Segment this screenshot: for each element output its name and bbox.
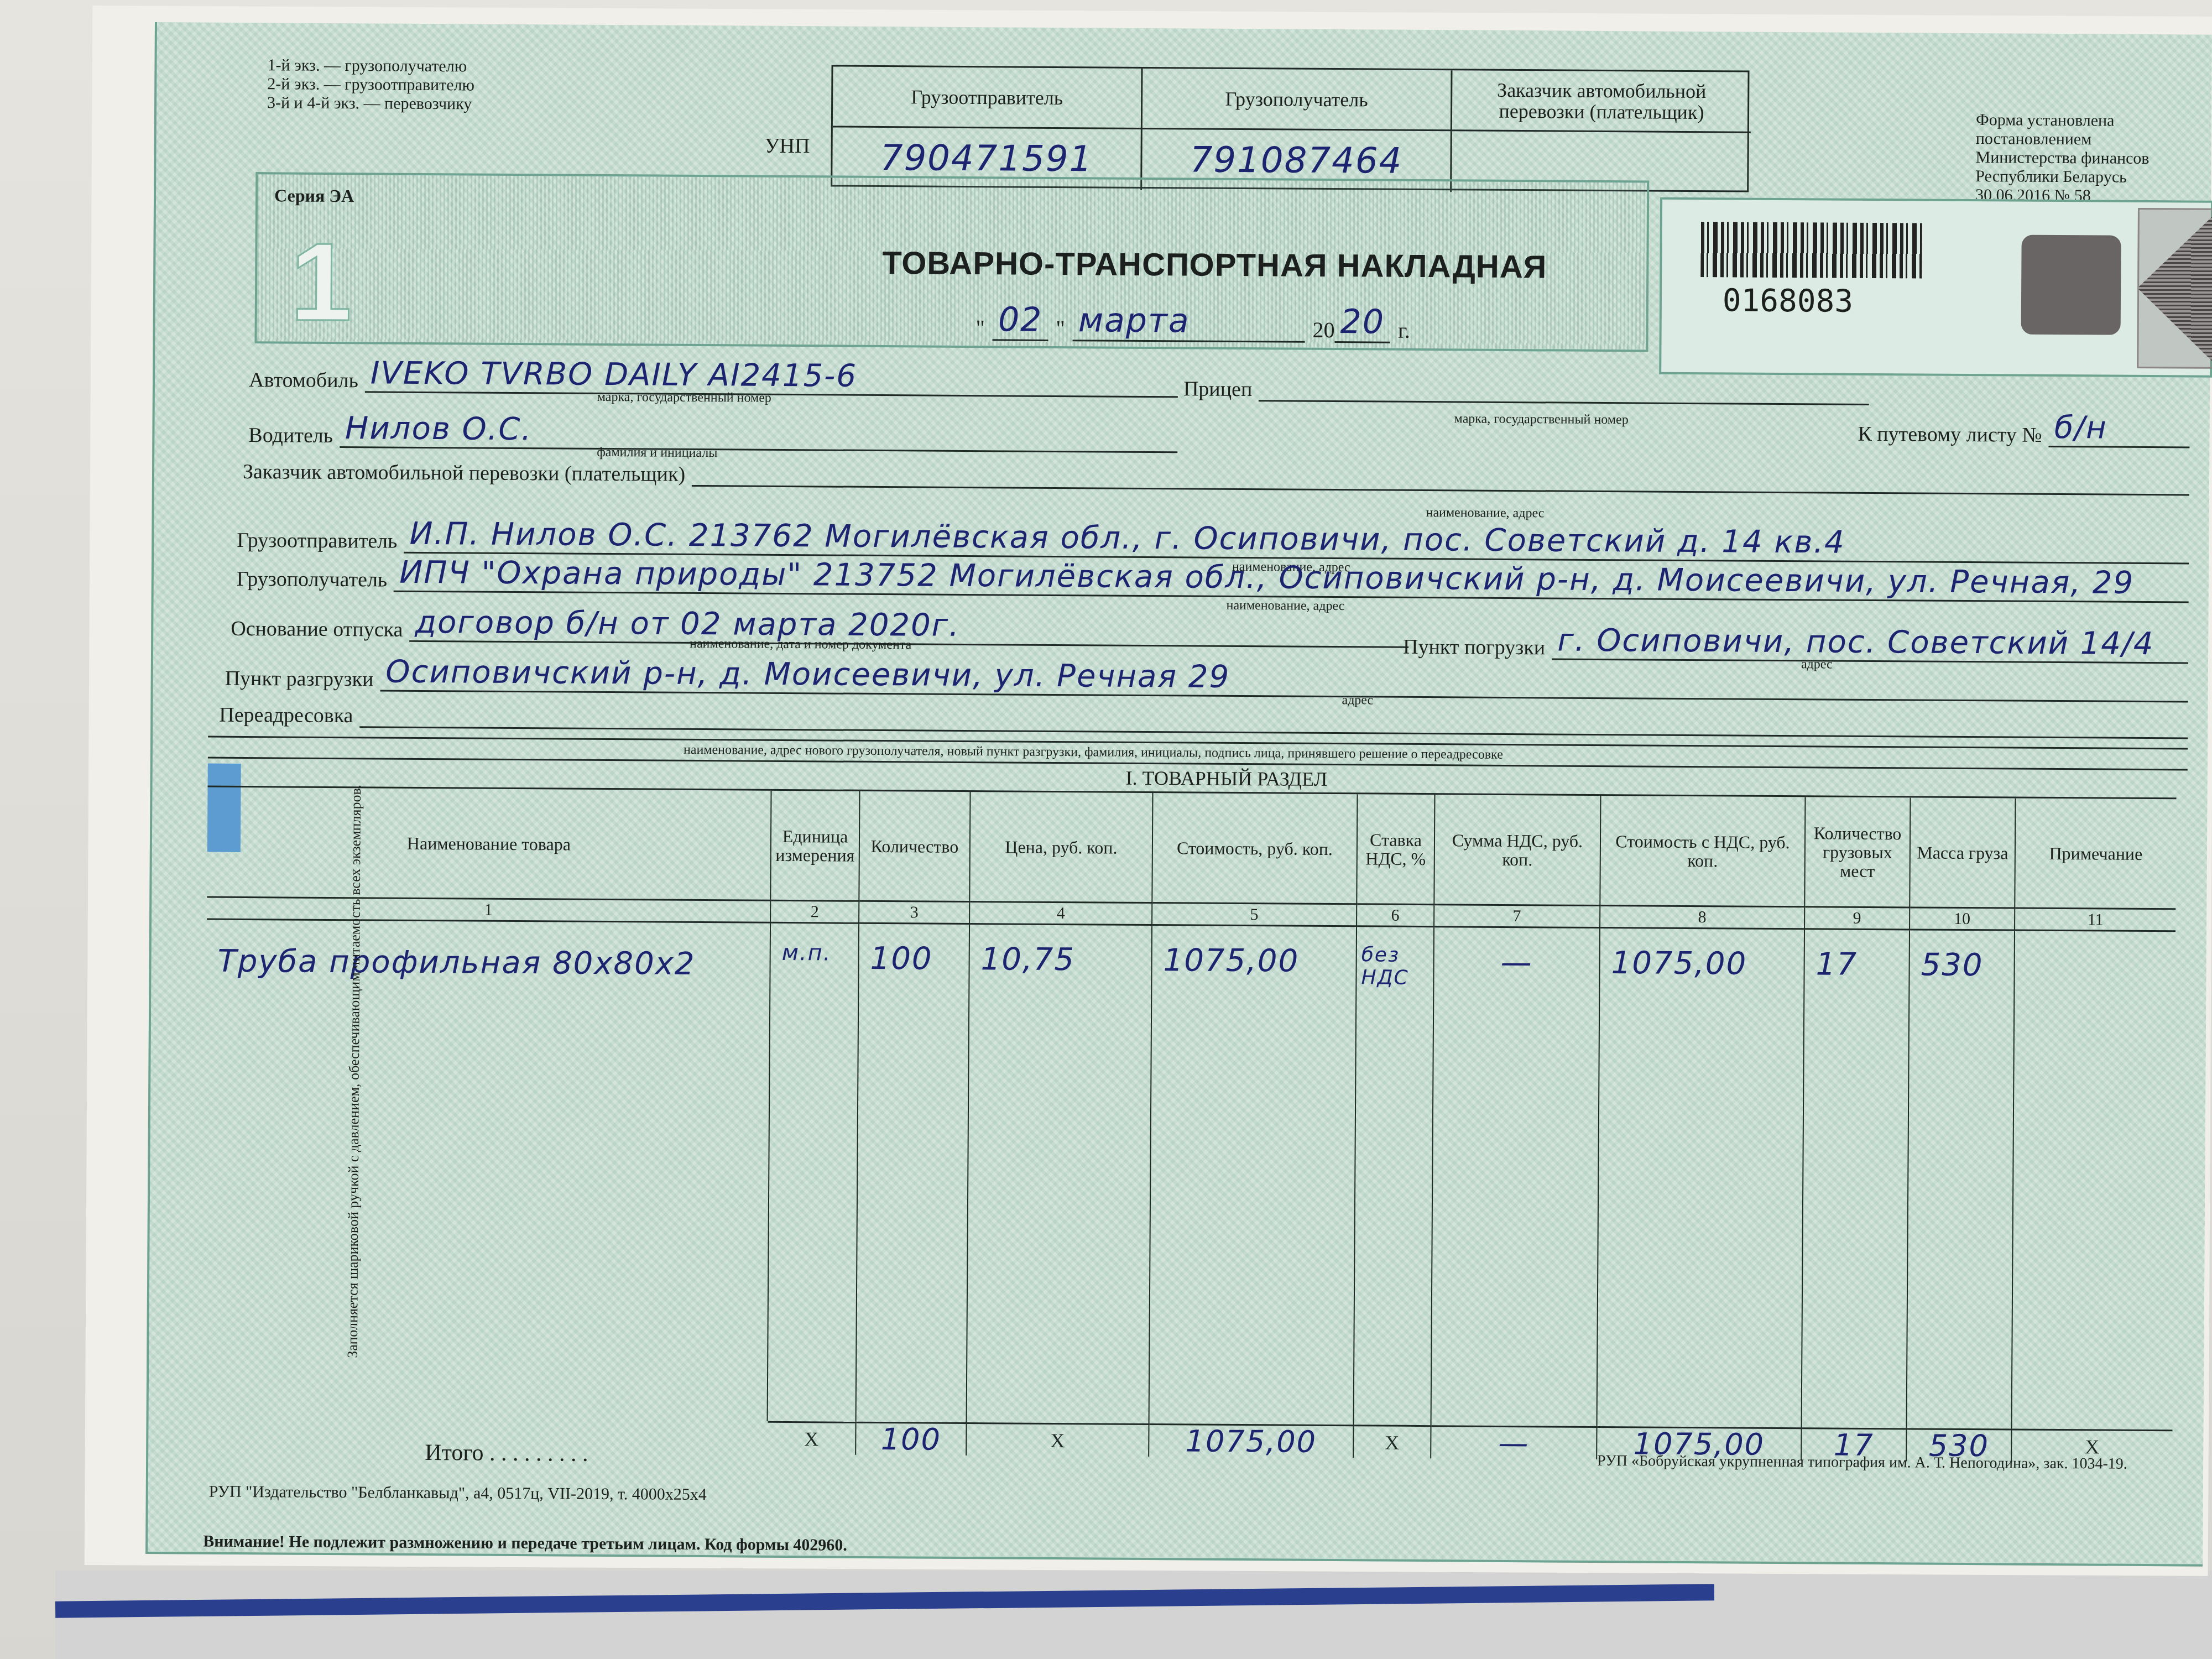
waybill-form: 1-й экз. — грузополучателю 2-й экз. — гр… xyxy=(145,22,2212,1567)
col-number: 4 xyxy=(970,902,1152,926)
copy-line: 3-й и 4-й экз. — перевозчику xyxy=(267,93,474,113)
col-header-note: Примечание xyxy=(2015,799,2176,910)
col-number: 11 xyxy=(2015,909,2176,932)
unloading-point-caption: адрес xyxy=(1342,693,1373,708)
col-header-cost: Стоимость, руб. коп. xyxy=(1152,793,1358,905)
goods-places-cell[interactable]: 17 xyxy=(1802,930,1910,1428)
col-header-qty: Количество xyxy=(859,791,971,902)
driver-caption: фамилия и инициалы xyxy=(597,445,717,461)
legal-line: постановлением xyxy=(1976,129,2150,149)
unp-header-customer: Заказчик автомобильной перевозки (плател… xyxy=(1452,70,1751,133)
goods-unit-cell[interactable]: м.п. xyxy=(768,924,859,1422)
loading-point-field[interactable]: г. Осиповичи, пос. Советский 14/4 xyxy=(1552,622,2188,664)
col-number: 6 xyxy=(1357,905,1434,927)
serial-number: 0168083 xyxy=(1723,283,1853,319)
legal-note: Форма установлена постановлением Министе… xyxy=(1975,111,2150,206)
customer-label: Заказчик автомобильной перевозки (плател… xyxy=(243,460,685,487)
printer-info-left: РУП "Издательство "Белбланкавыд", а4, 05… xyxy=(209,1483,707,1504)
col-number: 9 xyxy=(1805,907,1910,930)
unp-label: УНП xyxy=(765,134,810,158)
unp-header-consignee: Грузополучатель xyxy=(1142,69,1453,131)
waybill-number-field[interactable]: б/н xyxy=(2049,410,2190,448)
total-vat-sum-field[interactable]: — xyxy=(1431,1425,1597,1459)
col-header-cost-with-vat: Стоимость с НДС, руб. коп. xyxy=(1600,796,1806,907)
copy-line: 1-й экз. — грузополучателю xyxy=(267,56,474,76)
col-header-mass: Масса груза xyxy=(1910,797,2016,909)
col-header-vat-sum: Сумма НДС, руб. коп. xyxy=(1434,795,1601,906)
totals-label: Итого . . . . . . . . . xyxy=(425,1439,588,1467)
copies-distribution: 1-й экз. — грузополучателю 2-й экз. — гр… xyxy=(267,56,474,113)
copy-line: 2-й экз. — грузоотправителю xyxy=(267,75,474,95)
barcode-icon xyxy=(1700,222,1922,278)
loading-point-row: Пункт погрузки г. Осиповичи, пос. Советс… xyxy=(1403,622,2188,664)
col-header-places: Количество грузовых мест xyxy=(1805,797,1911,908)
unp-table: Грузоотправитель Грузополучатель Заказчи… xyxy=(831,65,1749,192)
warning-notice: Внимание! Не подлежит размножению и пере… xyxy=(203,1532,847,1555)
consignee-label: Грузополучатель xyxy=(237,567,388,592)
goods-cost-cell[interactable]: 1075,00 xyxy=(1150,926,1357,1425)
trailer-label: Прицеп xyxy=(1183,377,1253,401)
basis-caption: наименование, дата и номер документа xyxy=(690,637,911,653)
date-month-field[interactable]: марта xyxy=(1073,301,1305,343)
col-number: 10 xyxy=(1910,908,2015,931)
basis-label: Основание отпуска xyxy=(231,617,403,642)
total-unit: X xyxy=(768,1421,856,1455)
col-number: 8 xyxy=(1600,906,1805,930)
series-label: Серия ЭА xyxy=(274,185,354,206)
total-vat-rate: X xyxy=(1354,1425,1431,1458)
col-number: 7 xyxy=(1434,905,1600,928)
trailer-row: Прицеп xyxy=(1183,377,1869,405)
goods-table: Наименование товара Единица измерения Ко… xyxy=(204,786,2176,1473)
side-note: Заполняется шариковой ручкой с давлением… xyxy=(345,785,364,1358)
unp-header-shipper: Грузоотправитель xyxy=(833,66,1143,129)
total-qty-field[interactable]: 100 xyxy=(856,1422,967,1455)
col-header-price: Цена, руб. коп. xyxy=(970,792,1153,904)
date-year-field[interactable]: 20 xyxy=(1335,302,1391,343)
shipper-caption: наименование, адрес xyxy=(1426,505,1545,521)
legal-line: Министерства финансов xyxy=(1975,148,2149,168)
title-block: Серия ЭА 1 ТОВАРНО-ТРАНСПОРТНАЯ НАКЛАДНА… xyxy=(254,172,1649,352)
shipper-label: Грузоотправитель xyxy=(237,528,397,554)
readdress-row: Переадресовка xyxy=(219,703,2188,739)
goods-qty-cell[interactable]: 100 xyxy=(857,924,970,1422)
document-date: " 02 " марта 20 20 г. xyxy=(976,300,1411,343)
vehicle-field[interactable]: IVEKO TVRBO DAILY AI2415-6 xyxy=(365,355,1178,398)
col-number: 1 xyxy=(207,898,771,924)
goods-section-title: I. ТОВАРНЫЙ РАЗДЕЛ xyxy=(1126,766,1328,791)
copy-number: 1 xyxy=(290,219,352,347)
security-block: 0168083 xyxy=(1659,197,2212,378)
trailer-caption: марка, государственный номер xyxy=(1454,411,1629,427)
customer-row: Заказчик автомобильной перевозки (плател… xyxy=(243,460,2189,496)
goods-cost-with-vat-cell[interactable]: 1075,00 xyxy=(1598,928,1805,1427)
date-day-field[interactable]: 02 xyxy=(993,300,1048,341)
folder-stripe xyxy=(55,1584,1714,1618)
total-price: X xyxy=(967,1422,1149,1457)
vehicle-caption: марка, государственный номер xyxy=(597,390,771,406)
col-number: 5 xyxy=(1152,904,1357,927)
readdress-field[interactable] xyxy=(359,726,2188,739)
folder xyxy=(55,1571,2212,1659)
goods-note-cell[interactable] xyxy=(2012,931,2176,1430)
col-number: 2 xyxy=(771,901,859,924)
readdress-caption: наименование, адрес нового грузополучате… xyxy=(684,743,1503,763)
printer-info-right: РУП «Бобруйская укрупненная типография и… xyxy=(1597,1452,2127,1473)
waybill-label: К путевому листу № xyxy=(1858,422,2042,447)
customer-field[interactable] xyxy=(692,485,2189,496)
driver-label: Водитель xyxy=(248,423,333,448)
driver-field[interactable]: Нилов О.С. xyxy=(340,410,1178,453)
date-year-prefix: 20 xyxy=(1313,317,1335,343)
goods-mass-cell[interactable]: 530 xyxy=(1907,930,2015,1428)
col-header-unit: Единица измерения xyxy=(771,791,860,902)
col-header-name: Наименование товара xyxy=(207,787,771,901)
col-number: 3 xyxy=(859,902,970,925)
waybill-row: К путевому листу № б/н xyxy=(1858,409,2189,448)
document-title: ТОВАРНО-ТРАНСПОРТНАЯ НАКЛАДНАЯ xyxy=(882,244,1547,285)
legal-line: Форма установлена xyxy=(1976,111,2150,131)
vehicle-label: Автомобиль xyxy=(249,368,358,393)
goods-vat-sum-cell[interactable]: — xyxy=(1432,927,1600,1426)
readdress-label: Переадресовка xyxy=(219,703,353,728)
col-header-vat-rate: Ставка НДС, % xyxy=(1357,794,1435,905)
trailer-field[interactable] xyxy=(1259,400,1869,405)
goods-name-cell[interactable]: Труба профильная 80x80x2 xyxy=(204,920,771,1421)
legal-line: Республики Беларусь xyxy=(1975,167,2149,187)
loading-point-label: Пункт погрузки xyxy=(1403,635,1545,660)
goods-vat-rate-cell[interactable]: без НДС xyxy=(1354,927,1434,1425)
total-cost-field[interactable]: 1075,00 xyxy=(1149,1423,1354,1458)
unloading-point-label: Пункт разгрузки xyxy=(225,666,374,692)
date-suffix: г. xyxy=(1398,317,1410,343)
goods-price-cell[interactable]: 10,75 xyxy=(967,925,1152,1423)
hologram-icon xyxy=(2021,235,2121,335)
